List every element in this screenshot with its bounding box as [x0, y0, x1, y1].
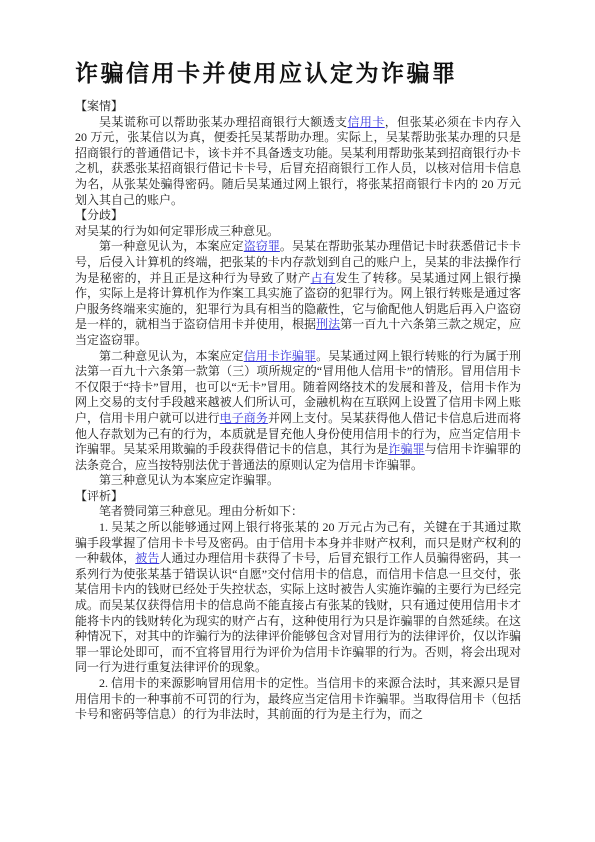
hyperlink[interactable]: 信用卡诈骗罪: [244, 349, 316, 363]
paragraph: 笔者赞同第三种意见。理由分析如下：: [75, 504, 521, 520]
hyperlink[interactable]: 电子商务: [220, 411, 268, 425]
paragraph: 1. 吴某之所以能够通过网上银行将张某的 20 万元占为己有，关键在于其通过欺骗…: [75, 520, 521, 676]
hyperlink[interactable]: 信用卡: [347, 115, 384, 129]
paragraph: 对吴某的行为如何定罪形成三种意见。: [75, 224, 521, 240]
section-heading: 【案情】: [75, 99, 521, 115]
hyperlink[interactable]: 占有: [311, 271, 336, 285]
paragraph: 第二种意见认为，本案应定信用卡诈骗罪。吴某通过网上银行转账的行为属于刑法第一百九…: [75, 349, 521, 474]
text-run: 第一种意见认为，本案应定: [99, 239, 244, 253]
paragraph: 2. 信用卡的来源影响冒用信用卡的定性。当信用卡的来源合法时，其来源只是冒用信用…: [75, 676, 521, 723]
document-title: 诈骗信用卡并使用应认定为诈骗罪: [75, 58, 521, 89]
hyperlink[interactable]: 被告: [135, 551, 159, 565]
document-body: 【案情】吴某谎称可以帮助张某办理招商银行大额透支信用卡，但张某必须在卡内存入 2…: [75, 99, 521, 723]
hyperlink[interactable]: 刑法: [316, 317, 340, 331]
hyperlink[interactable]: 诈骗罪: [388, 442, 424, 456]
section-heading: 【评析】: [75, 489, 521, 505]
text-run: 【分歧】: [75, 208, 123, 222]
hyperlink[interactable]: 盗窃罪: [244, 239, 280, 253]
text-run: 【评析】: [75, 489, 123, 503]
text-run: 笔者赞同第三种意见。理由分析如下：: [99, 504, 303, 518]
text-run: 第二种意见认为，本案应定: [99, 349, 244, 363]
text-run: 2. 信用卡的来源影响冒用信用卡的定性。当信用卡的来源合法时，其来源只是冒用信用…: [75, 676, 521, 721]
paragraph: 第三种意见认为本案应定诈骗罪。: [75, 473, 521, 489]
paragraph: 吴某谎称可以帮助张某办理招商银行大额透支信用卡，但张某必须在卡内存入 20 万元…: [75, 115, 521, 209]
section-heading: 【分歧】: [75, 208, 521, 224]
paragraph: 第一种意见认为，本案应定盗窃罪。吴某在帮助张某办理借记卡时获悉借记卡卡号，后侵入…: [75, 239, 521, 348]
text-run: 【案情】: [75, 99, 123, 113]
text-run: 第三种意见认为本案应定诈骗罪。: [99, 473, 279, 487]
text-run: 对吴某的行为如何定罪形成三种意见。: [75, 224, 279, 238]
text-run: 吴某谎称可以帮助张某办理招商银行大额透支: [99, 115, 347, 129]
text-run: 人通过办理信用卡获得了卡号，后冒充银行工作人员骗得密码，其一系列行为使张某基于错…: [75, 551, 521, 674]
document-page: 诈骗信用卡并使用应认定为诈骗罪 【案情】吴某谎称可以帮助张某办理招商银行大额透支…: [0, 0, 595, 842]
